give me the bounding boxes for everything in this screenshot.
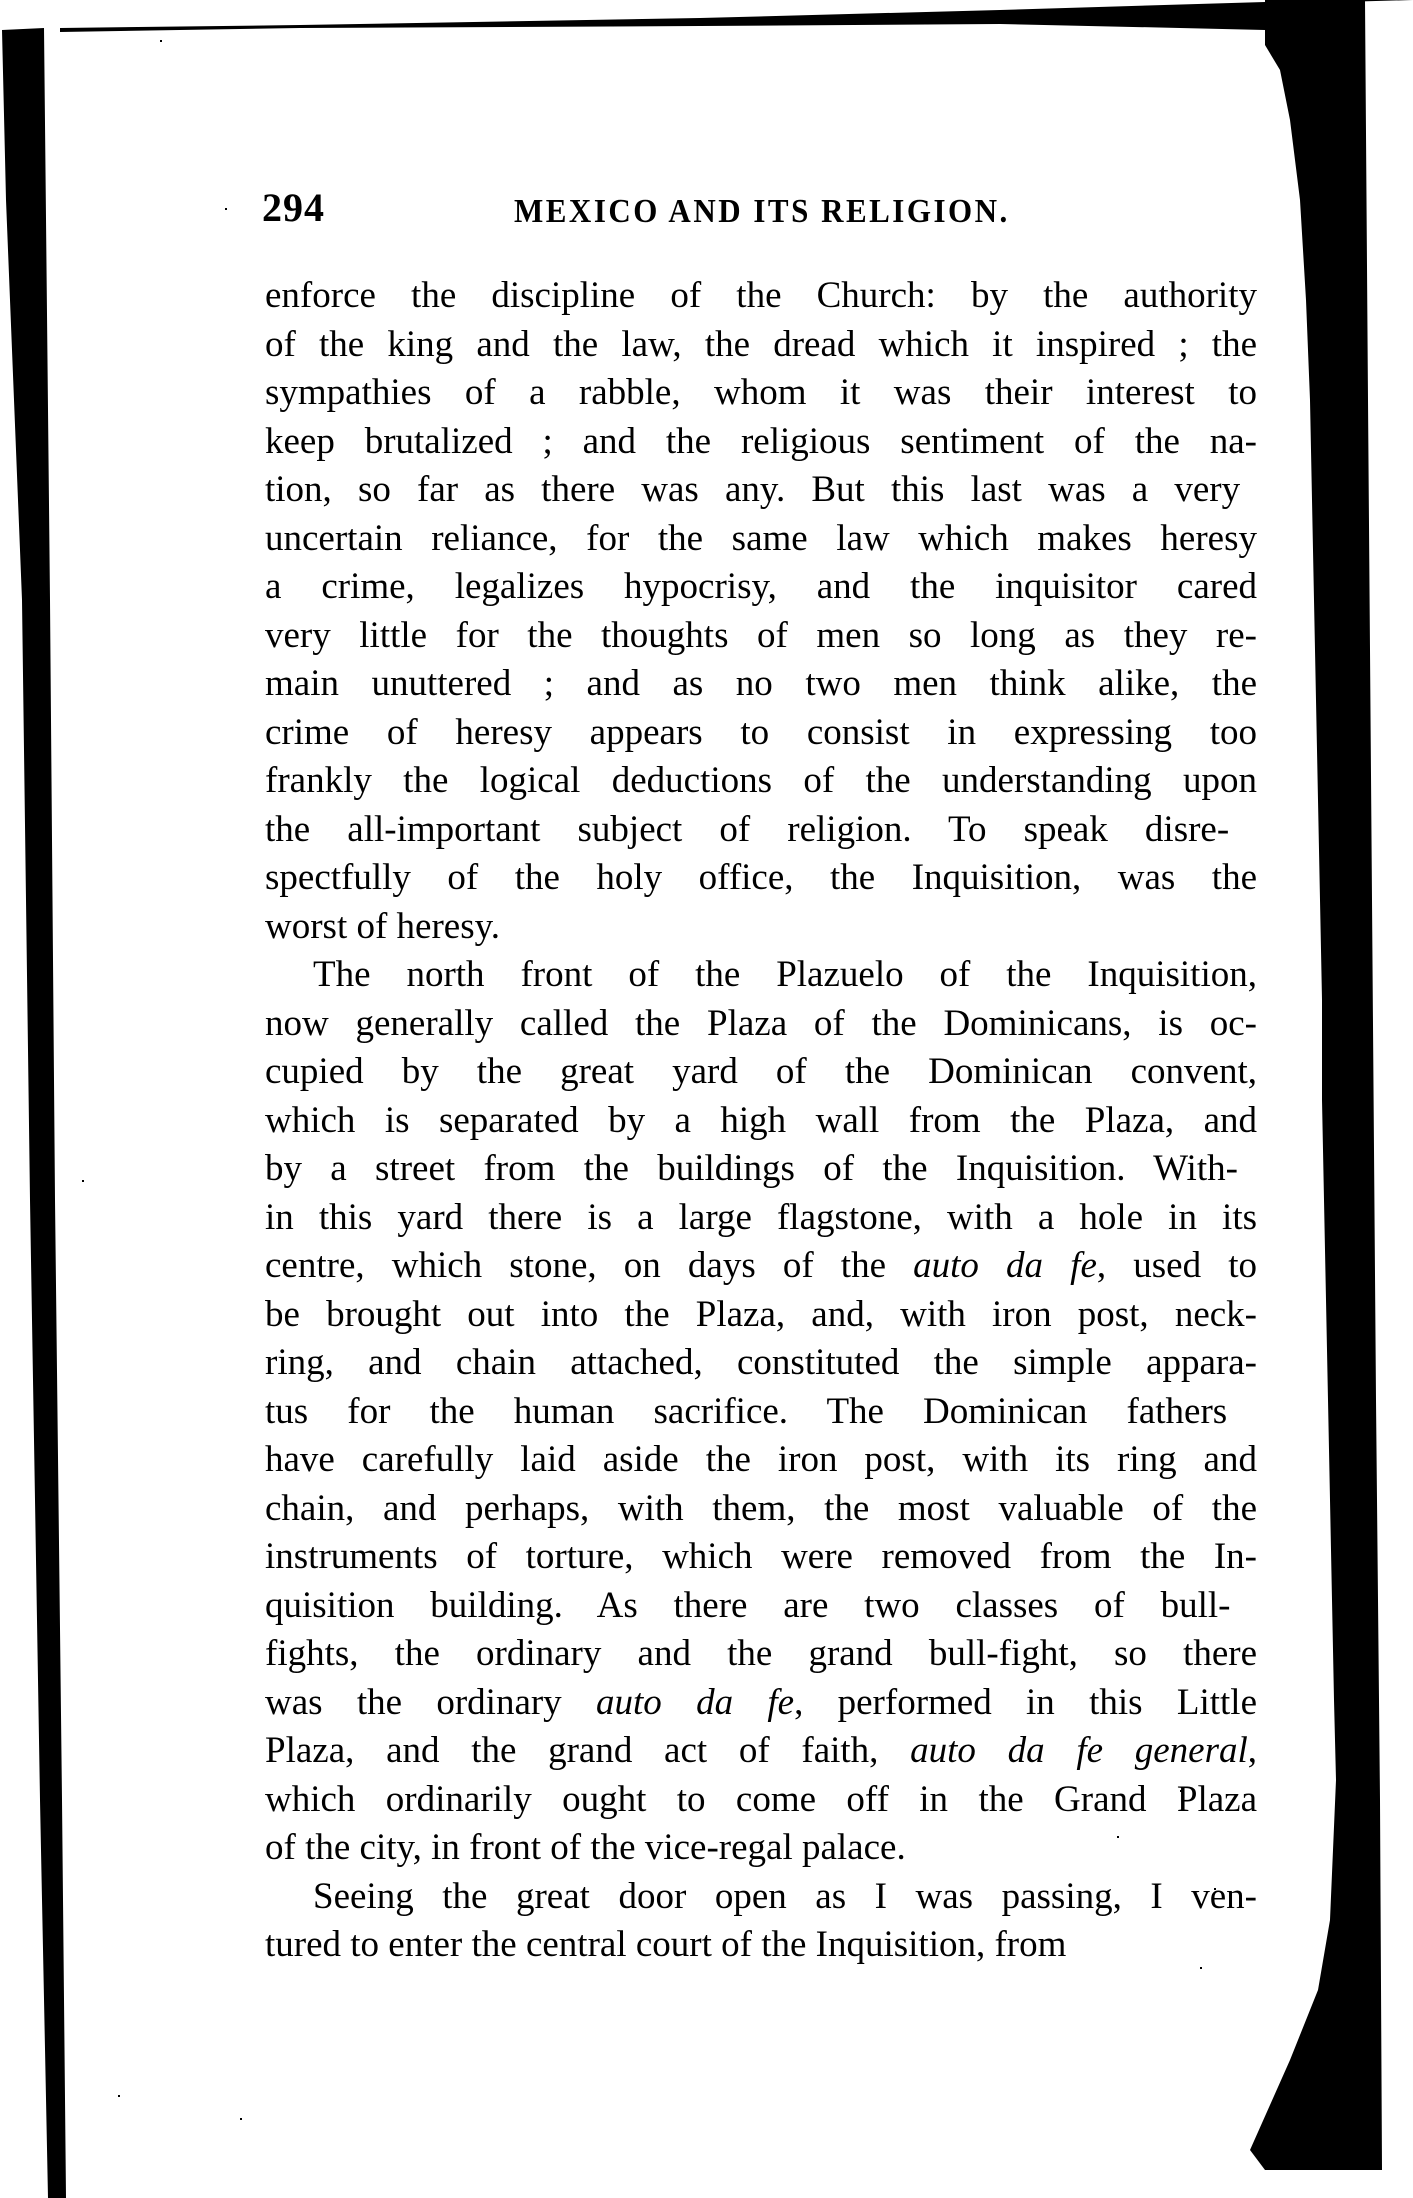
body-text: enforce the discipline of the Church: by… [265, 272, 1257, 1970]
text-run: Plaza, and the grand act of faith, [265, 1730, 910, 1771]
text-run: sympathies of a rabble, whom it was thei… [265, 372, 1257, 413]
text-run: , performed in this Little [794, 1682, 1257, 1723]
text-run: now generally called the Plaza of the Do… [265, 1003, 1257, 1044]
text-run: in this yard there is a large flagstone,… [265, 1197, 1257, 1238]
italic-phrase: auto da fe [913, 1245, 1097, 1286]
text-run: very little for the thoughts of men so l… [265, 615, 1257, 656]
text-line: worst of heresy. [265, 903, 1257, 952]
text-run: which ordinarily ought to come off in th… [265, 1779, 1257, 1820]
book-page: 294 MEXICO AND ITS RELIGION. enforce the… [0, 0, 1413, 2198]
text-line: frankly the logical deductions of the un… [265, 757, 1257, 806]
text-line: which ordinarily ought to come off in th… [265, 1776, 1257, 1825]
text-run: centre, which stone, on days of the [265, 1245, 913, 1286]
text-line: in this yard there is a large flagstone,… [265, 1194, 1257, 1243]
text-run: The north front of the Plazuelo of the I… [313, 954, 1257, 995]
text-line: have carefully laid aside the iron post,… [265, 1436, 1257, 1485]
text-run: quisition building. As there are two cla… [265, 1585, 1230, 1626]
text-line: Plaza, and the grand act of faith, auto … [265, 1727, 1257, 1776]
italic-phrase: auto da fe general [910, 1730, 1248, 1771]
text-line: tion, so far as there was any. But this … [265, 466, 1257, 515]
text-line: enforce the discipline of the Church: by… [265, 272, 1257, 321]
text-run: of the king and the law, the dread which… [265, 324, 1257, 365]
text-run: ring, and chain attached, constituted th… [265, 1342, 1257, 1383]
page-number: 294 [262, 186, 325, 230]
text-line: now generally called the Plaza of the Do… [265, 1000, 1257, 1049]
text-line: a crime, legalizes hypocrisy, and the in… [265, 563, 1257, 612]
text-line: quisition building. As there are two cla… [265, 1582, 1257, 1631]
text-run: chain, and perhaps, with them, the most … [265, 1488, 1257, 1529]
text-run: cupied by the great yard of the Dominica… [265, 1051, 1257, 1092]
text-run: by a street from the buildings of the In… [265, 1148, 1238, 1189]
text-run: have carefully laid aside the iron post,… [265, 1439, 1257, 1480]
paragraph: enforce the discipline of the Church: by… [265, 272, 1257, 951]
text-run: , used to [1097, 1245, 1257, 1286]
text-run: crime of heresy appears to consist in ex… [265, 712, 1257, 753]
text-run: uncertain reliance, for the same law whi… [265, 518, 1257, 559]
text-line: uncertain reliance, for the same law whi… [265, 515, 1257, 564]
text-line: of the king and the law, the dread which… [265, 321, 1257, 370]
text-line: sympathies of a rabble, whom it was thei… [265, 369, 1257, 418]
text-line: chain, and perhaps, with them, the most … [265, 1485, 1257, 1534]
text-line: Seeing the great door open as I was pass… [265, 1873, 1257, 1922]
text-line: spectfully of the holy office, the Inqui… [265, 854, 1257, 903]
text-run: main unuttered ; and as no two men think… [265, 663, 1257, 704]
text-line: which is separated by a high wall from t… [265, 1097, 1257, 1146]
italic-phrase: auto da fe [596, 1682, 794, 1723]
text-run: was the ordinary [265, 1682, 596, 1723]
text-run: tion, so far as there was any. But this … [265, 469, 1240, 510]
text-line: ring, and chain attached, constituted th… [265, 1339, 1257, 1388]
running-head: 294 MEXICO AND ITS RELIGION. [262, 186, 1262, 230]
text-run: spectfully of the holy office, the Inqui… [265, 857, 1257, 898]
text-line: tus for the human sacrifice. The Dominic… [265, 1388, 1257, 1437]
text-line: the all-important subject of religion. T… [265, 806, 1257, 855]
text-line: keep brutalized ; and the religious sent… [265, 418, 1257, 467]
text-run: enforce the discipline of the Church: by… [265, 275, 1257, 316]
text-run: the all-important subject of religion. T… [265, 809, 1229, 850]
text-line: instruments of torture, which were remov… [265, 1533, 1257, 1582]
text-run: frankly the logical deductions of the un… [265, 760, 1257, 801]
text-run: of the city, in front of the vice-regal … [265, 1827, 906, 1868]
text-run: instruments of torture, which were remov… [265, 1536, 1257, 1577]
running-title: MEXICO AND ITS RELIGION. [514, 192, 1010, 231]
text-line: cupied by the great yard of the Dominica… [265, 1048, 1257, 1097]
text-line: fights, the ordinary and the grand bull-… [265, 1630, 1257, 1679]
text-run: which is separated by a high wall from t… [265, 1100, 1257, 1141]
text-run: worst of heresy. [265, 906, 500, 947]
text-run: be brought out into the Plaza, and, with… [265, 1294, 1257, 1335]
text-line: main unuttered ; and as no two men think… [265, 660, 1257, 709]
text-run: Seeing the great door open as I was pass… [313, 1876, 1257, 1917]
text-line: very little for the thoughts of men so l… [265, 612, 1257, 661]
text-run: a crime, legalizes hypocrisy, and the in… [265, 566, 1257, 607]
text-run: tus for the human sacrifice. The Dominic… [265, 1391, 1227, 1432]
text-line: The north front of the Plazuelo of the I… [265, 951, 1257, 1000]
text-line: crime of heresy appears to consist in ex… [265, 709, 1257, 758]
text-line: of the city, in front of the vice-regal … [265, 1824, 1257, 1873]
text-run: fights, the ordinary and the grand bull-… [265, 1633, 1257, 1674]
text-line: centre, which stone, on days of the auto… [265, 1242, 1257, 1291]
text-run: keep brutalized ; and the religious sent… [265, 421, 1257, 462]
text-line: was the ordinary auto da fe, performed i… [265, 1679, 1257, 1728]
text-run: tured to enter the central court of the … [265, 1924, 1066, 1965]
paragraph: The north front of the Plazuelo of the I… [265, 951, 1257, 1873]
text-line: tured to enter the central court of the … [265, 1921, 1257, 1970]
text-line: be brought out into the Plaza, and, with… [265, 1291, 1257, 1340]
text-run: , [1248, 1730, 1257, 1771]
paragraph: Seeing the great door open as I was pass… [265, 1873, 1257, 1970]
text-line: by a street from the buildings of the In… [265, 1145, 1257, 1194]
